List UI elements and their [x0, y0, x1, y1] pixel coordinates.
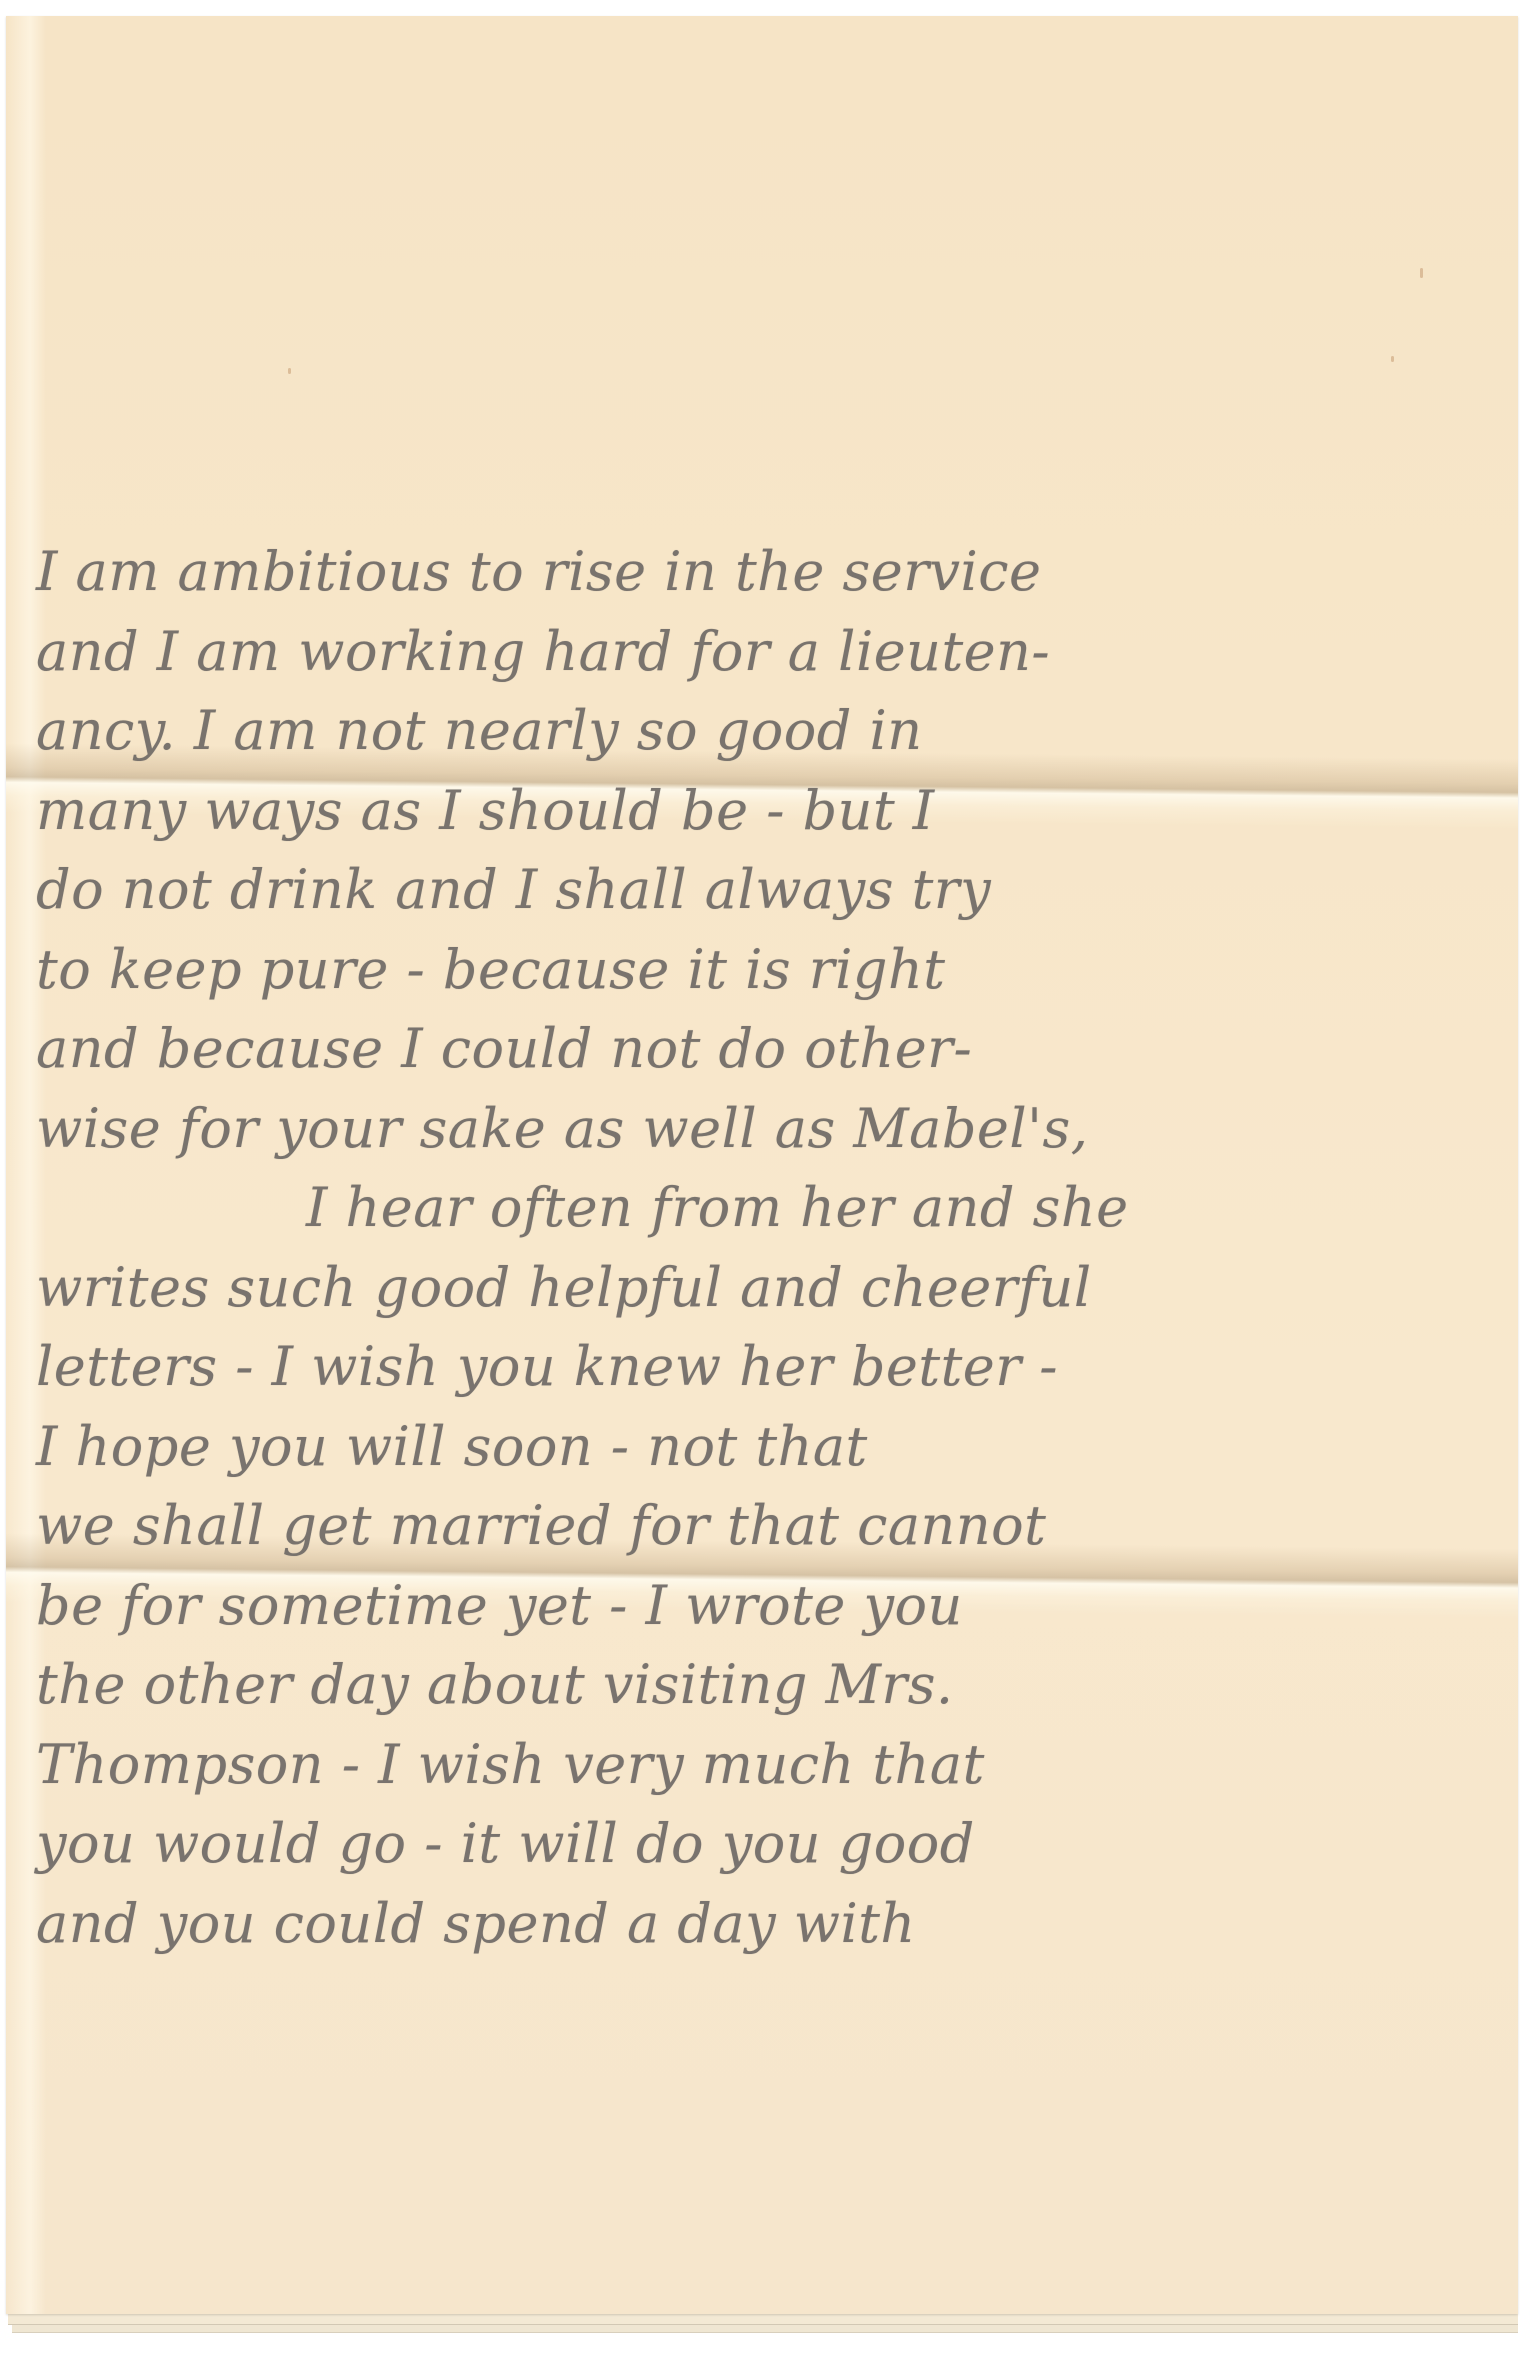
letter-line: to keep pure - because it is right — [36, 930, 1496, 1010]
letter-line: the other day about visiting Mrs. — [36, 1645, 1496, 1725]
letter-line: I hear often from her and she — [36, 1168, 1496, 1248]
paper-speck — [1420, 268, 1423, 278]
letter-line: and you could spend a day with — [36, 1884, 1496, 1964]
letter-line: do not drink and I shall always try — [36, 850, 1496, 930]
paper-speck — [288, 368, 291, 374]
letter-page: I am ambitious to rise in the service an… — [6, 16, 1518, 2314]
letter-line: and because I could not do other- — [36, 1009, 1496, 1089]
letter-line: writes such good helpful and cheerful — [36, 1248, 1496, 1328]
letter-line: letters - I wish you knew her better - — [36, 1327, 1496, 1407]
paper-speck — [1391, 356, 1394, 362]
letter-line: wise for your sake as well as Mabel's, — [36, 1089, 1496, 1169]
letter-line: many ways as I should be - but I — [36, 771, 1496, 851]
letter-line: I am ambitious to rise in the service — [36, 532, 1496, 612]
letter-line: ancy. I am not nearly so good in — [36, 691, 1496, 771]
letter-line: we shall get married for that cannot — [36, 1486, 1496, 1566]
letter-line: be for sometime yet - I wrote you — [36, 1566, 1496, 1646]
letter-line: you would go - it will do you good — [36, 1804, 1496, 1884]
letter-line: and I am working hard for a lieuten- — [36, 612, 1496, 692]
letter-line: I hope you will soon - not that — [36, 1407, 1496, 1487]
letter-line: Thompson - I wish very much that — [36, 1725, 1496, 1805]
letter-body: I am ambitious to rise in the service an… — [36, 532, 1496, 1963]
